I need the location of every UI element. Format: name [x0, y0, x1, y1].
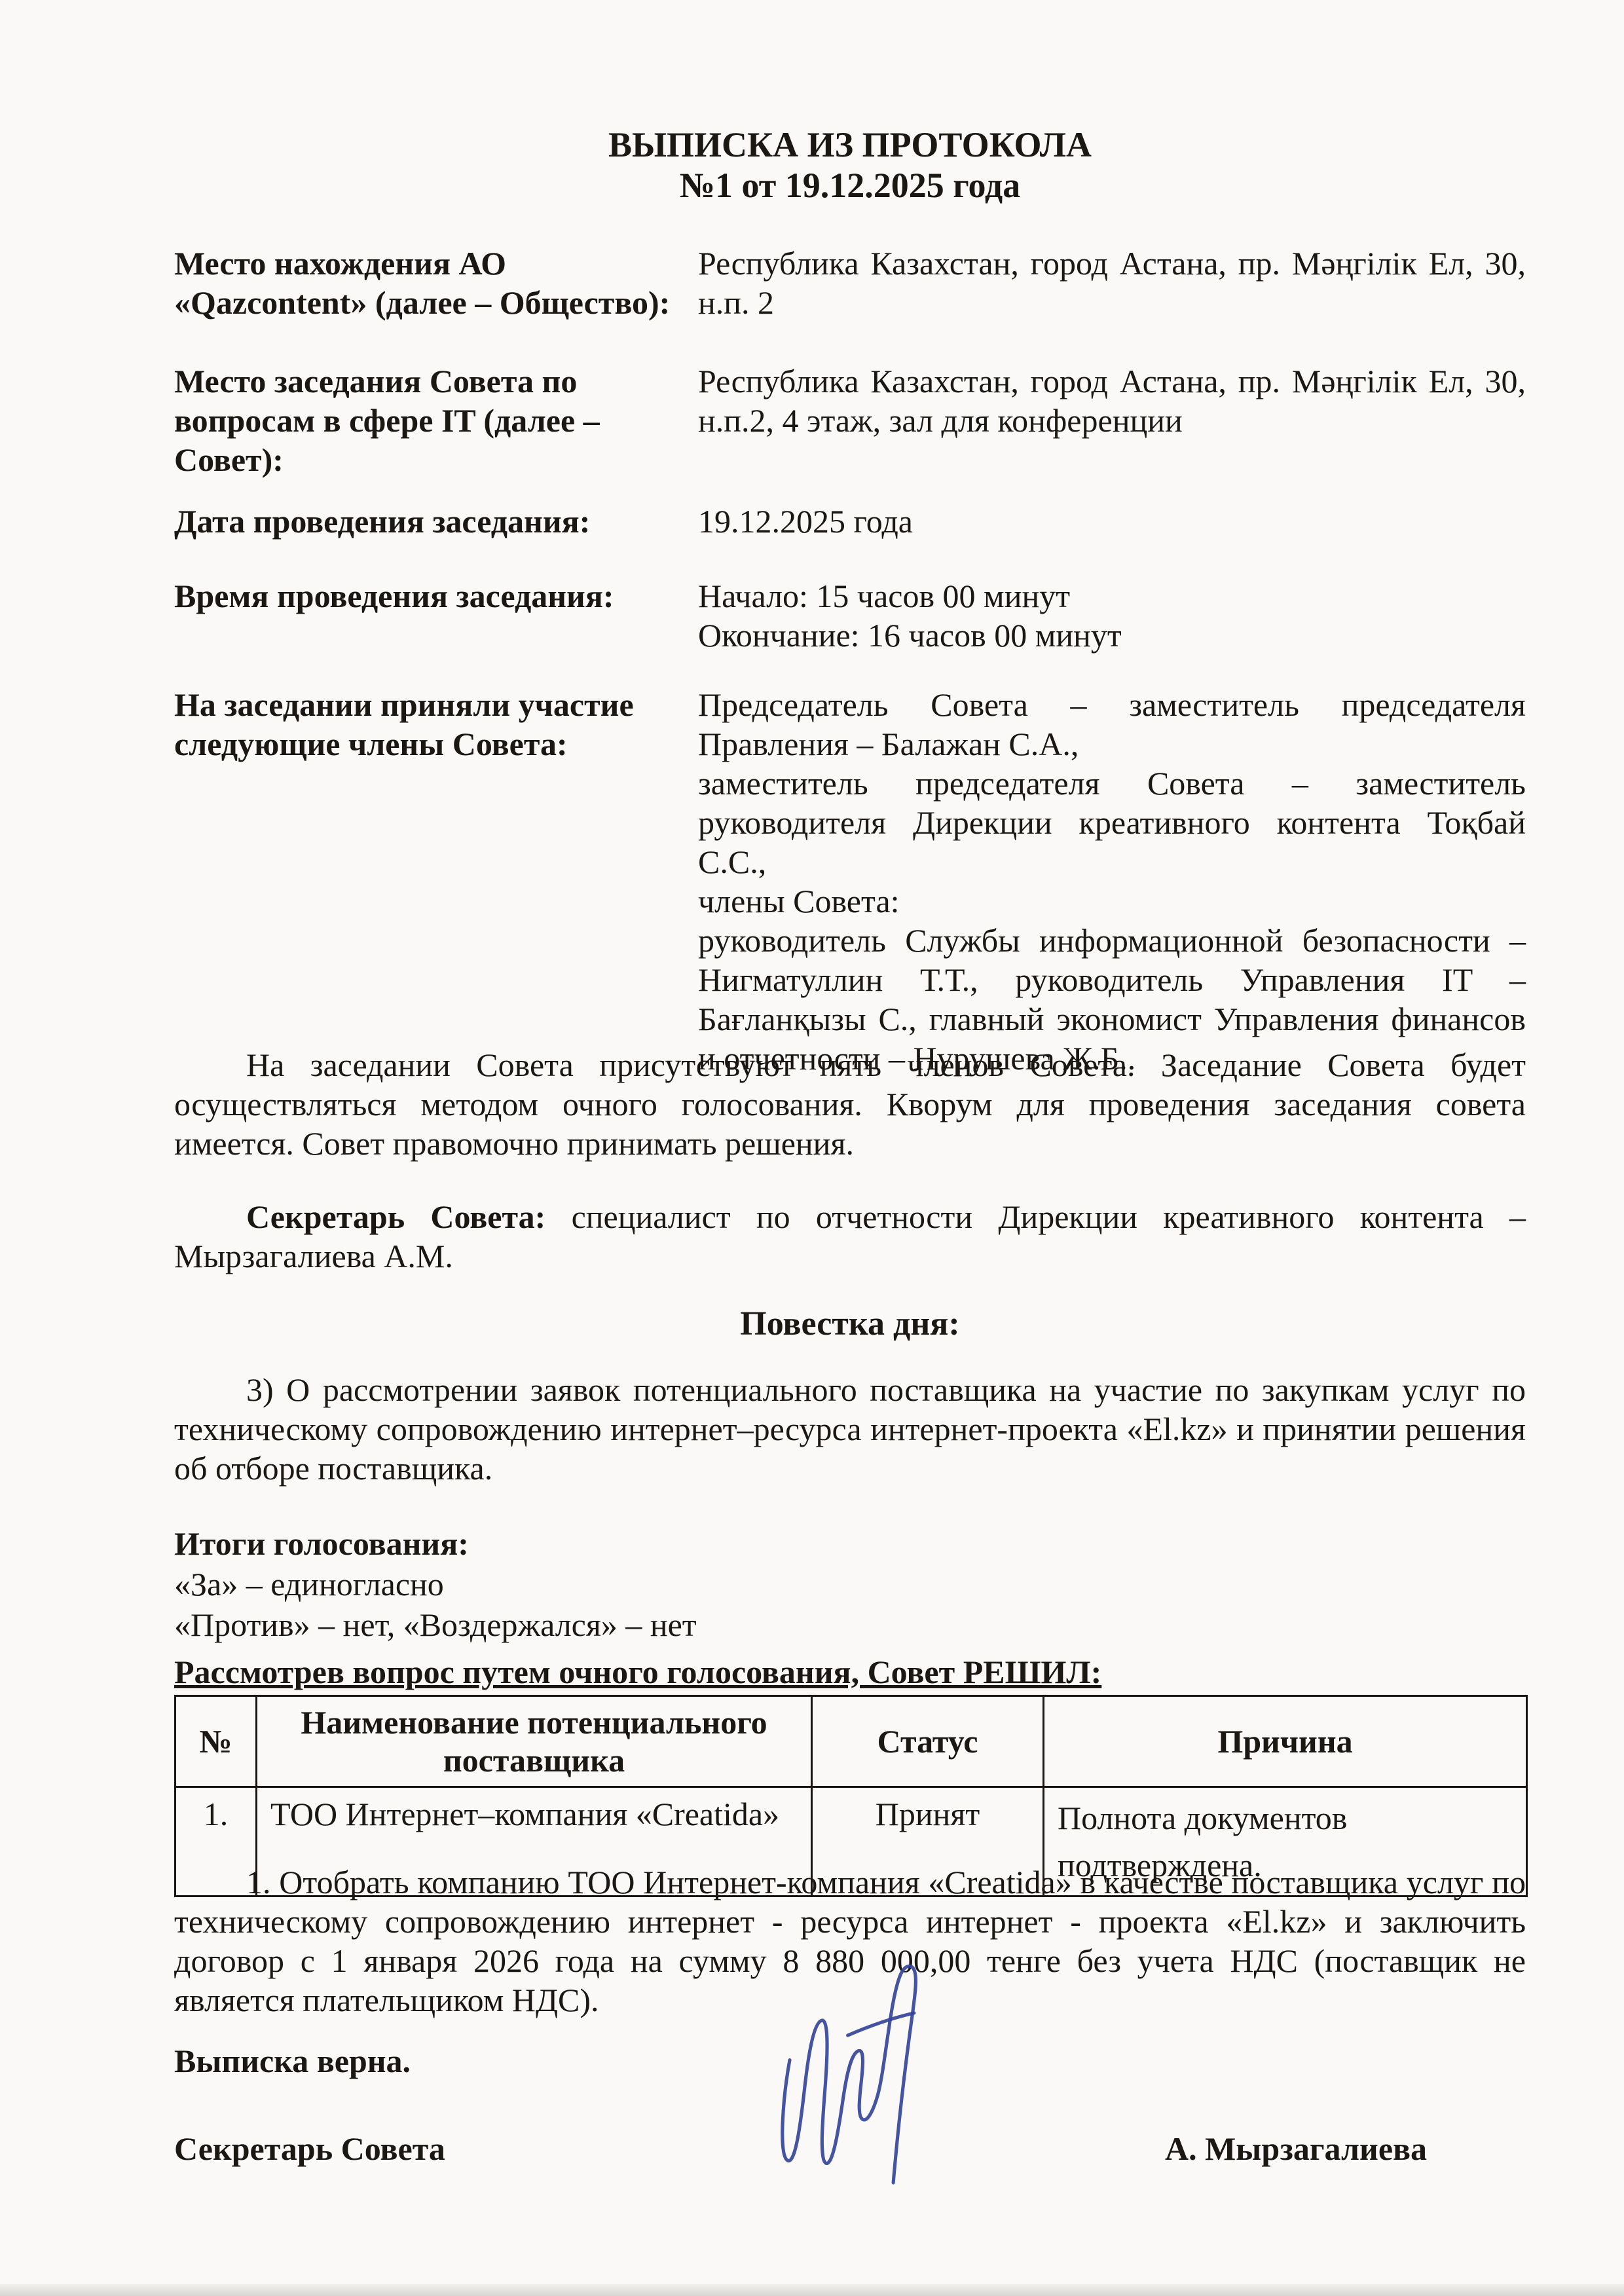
scanned-protocol-page: ВЫПИСКА ИЗ ПРОТОКОЛА №1 от 19.12.2025 го… [0, 0, 1624, 2296]
participants-members-caption: члены Совета: [698, 881, 1526, 921]
sign-role: Секретарь Совета [174, 2130, 445, 2168]
quorum-paragraph: На заседании Совета присутствуют пять чл… [174, 1045, 1526, 1163]
decision-heading: Рассмотрев вопрос путем очного голосован… [174, 1653, 1526, 1691]
participants-label: На заседании приняли участие следующие ч… [174, 685, 698, 764]
time-start: Начало: 15 часов 00 минут [698, 576, 1526, 616]
col-header-name: Наименование потенциального поставщика [257, 1696, 812, 1787]
title-line-2: №1 от 19.12.2025 года [174, 165, 1526, 206]
date-value: 19.12.2025 года [698, 502, 1526, 541]
venue-label: Место заседания Совета по вопросам в сфе… [174, 361, 698, 479]
signature-row: Секретарь Совета А. Мырзагалиева [174, 2130, 1526, 2168]
col-header-reason: Причина [1044, 1696, 1527, 1787]
secretary-label: Секретарь Совета: [246, 1198, 545, 1235]
participant-deputy: заместитель председателя Совета – замест… [698, 764, 1526, 881]
participant-chairman: Председатель Совета – заместитель предсе… [698, 685, 1526, 764]
meta-row-venue: Место заседания Совета по вопросам в сфе… [174, 361, 1526, 479]
venue-value: Республика Казахстан, город Астана, пр. … [698, 361, 1526, 440]
secretary-paragraph: Секретарь Совета: специалист по отчетнос… [174, 1197, 1526, 1276]
col-header-num: № [175, 1696, 257, 1787]
col-header-status: Статус [812, 1696, 1044, 1787]
voting-against: «Против» – нет, «Воздержался» – нет [174, 1604, 1526, 1645]
location-label: Место нахождения АО «Qazcontent» (далее … [174, 244, 698, 322]
title-line-1: ВЫПИСКА ИЗ ПРОТОКОЛА [174, 124, 1526, 165]
meta-row-participants: На заседании приняли участие следующие ч… [174, 685, 1526, 1078]
voting-heading: Итоги голосования: [174, 1523, 1526, 1564]
table-header-row: № Наименование потенциального поставщика… [175, 1696, 1527, 1787]
sign-name: А. Мырзагалиева [1165, 2130, 1427, 2168]
voting-for: «За» – единогласно [174, 1564, 1526, 1604]
meta-row-location: Место нахождения АО «Qazcontent» (далее … [174, 244, 1526, 361]
meta-row-date: Дата проведения заседания: 19.12.2025 го… [174, 502, 1526, 541]
agenda-heading: Повестка дня: [174, 1305, 1526, 1343]
voting-results: Итоги голосования: «За» – единогласно «П… [174, 1523, 1526, 1645]
location-value: Республика Казахстан, город Астана, пр. … [698, 244, 1526, 322]
signature-cross-stroke [847, 2013, 915, 2035]
agenda-item: 3) О рассмотрении заявок потенциального … [174, 1370, 1526, 1488]
meta-row-time: Время проведения заседания: Начало: 15 ч… [174, 576, 1526, 655]
participants-value: Председатель Совета – заместитель предсе… [698, 685, 1526, 1078]
time-label: Время проведения заседания: [174, 576, 698, 616]
time-value: Начало: 15 часов 00 минут Окончание: 16 … [698, 576, 1526, 655]
document-title: ВЫПИСКА ИЗ ПРОТОКОЛА №1 от 19.12.2025 го… [174, 124, 1526, 206]
date-label: Дата проведения заседания: [174, 502, 698, 541]
meta-section: Место нахождения АО «Qazcontent» (далее … [174, 244, 1526, 1078]
time-end: Окончание: 16 часов 00 минут [698, 616, 1526, 655]
